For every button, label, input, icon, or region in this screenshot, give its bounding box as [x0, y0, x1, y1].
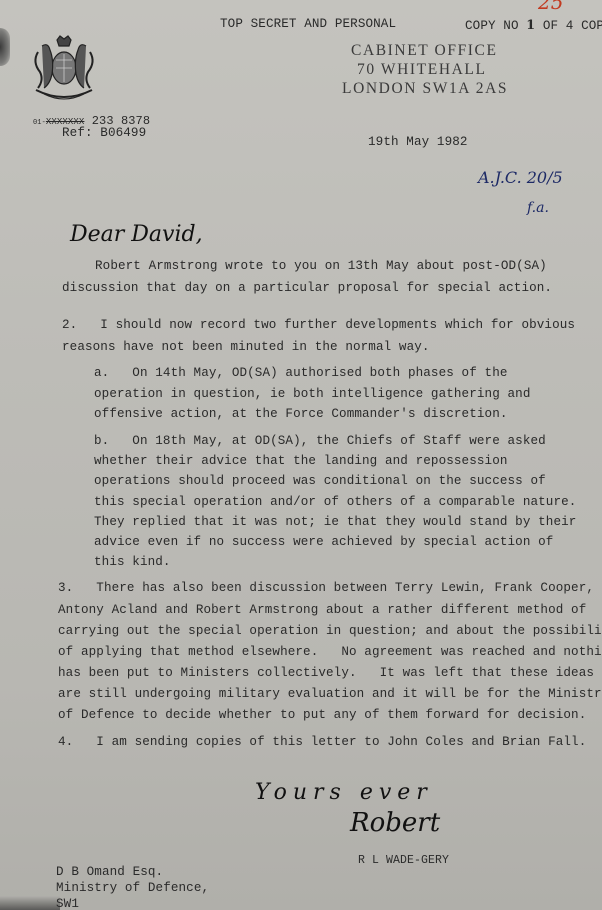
para-3-line-4: of applying that method elsewhere. No ag…	[58, 645, 602, 659]
office-line-2: 70 WHITEHALL	[357, 61, 487, 79]
para-4-line-1: 4. I am sending copies of this letter to…	[58, 735, 586, 749]
reference-number: Ref: B06499	[62, 126, 146, 140]
addressee-line-1: D B Omand Esq.	[56, 865, 163, 879]
typed-signatory-name: R L WADE-GERY	[358, 854, 449, 867]
copy-label: COPY NO	[465, 19, 519, 33]
para-3-line-1: 3. There has also been discussion betwee…	[58, 581, 594, 595]
para-b-line-5: They replied that it was not; ie that th…	[94, 515, 576, 529]
para-b-line-6: advice even if no success were achieved …	[94, 535, 553, 549]
handwritten-closing: Yours ever	[255, 780, 433, 805]
addressee-line-3: SW1	[56, 897, 79, 910]
copy-suffix: OF 4 COPIE	[543, 19, 602, 33]
letter-date: 19th May 1982	[368, 135, 468, 149]
handwritten-signature: Robert	[350, 808, 440, 838]
para-3-line-6: are still undergoing military evaluation…	[58, 687, 602, 701]
phone-prefix: 01-	[33, 119, 46, 127]
para-1-line-1: Robert Armstrong wrote to you on 13th Ma…	[95, 259, 547, 273]
para-2-line-2: reasons have not been minuted in the nor…	[62, 340, 430, 354]
para-a-line-3: offensive action, at the Force Commander…	[94, 407, 508, 421]
royal-coat-of-arms-icon	[24, 32, 104, 104]
page-edge-shadow	[0, 28, 10, 66]
addressee-line-2: Ministry of Defence,	[56, 881, 209, 895]
salutation: Dear David,	[70, 222, 203, 247]
para-b-line-2: whether their advice that the landing an…	[94, 454, 508, 468]
para-1-line-2: discussion that day on a particular prop…	[62, 281, 552, 295]
para-3-line-7: of Defence to decide whether to put any …	[58, 708, 586, 722]
para-3-line-3: carrying out the special operation in qu…	[58, 624, 602, 638]
handwritten-annotation-fa: f.a.	[527, 200, 549, 216]
para-b-line-4: this special operation and/or of others …	[94, 495, 576, 509]
handwritten-annotation-initials: A.J.C. 20/5	[478, 168, 563, 187]
red-handwritten-number: 25	[538, 0, 563, 14]
copy-number: COPY NO 1 OF 4 COPIE	[465, 17, 602, 33]
classification-marking: TOP SECRET AND PERSONAL	[220, 17, 396, 31]
para-b-line-7: this kind.	[94, 555, 171, 569]
letter-page: 25 TOP SECRET AND PERSONAL COPY NO 1 OF …	[0, 0, 602, 910]
copy-number-value: 1	[526, 17, 535, 32]
para-3-line-5: has been put to Ministers collectively. …	[58, 666, 594, 680]
para-2-line-1: 2. I should now record two further devel…	[62, 318, 575, 332]
para-a-line-1: a. On 14th May, OD(SA) authorised both p…	[94, 366, 508, 380]
page-corner-shadow	[0, 896, 60, 910]
para-b-line-3: operations should proceed was conditiona…	[94, 474, 546, 488]
office-line-3: LONDON SW1A 2AS	[342, 80, 508, 98]
para-3-line-2: Antony Acland and Robert Armstrong about…	[58, 603, 586, 617]
para-a-line-2: operation in question, ie both intellige…	[94, 387, 530, 401]
para-b-line-1: b. On 18th May, at OD(SA), the Chiefs of…	[94, 434, 546, 448]
office-line-1: CABINET OFFICE	[351, 42, 498, 60]
